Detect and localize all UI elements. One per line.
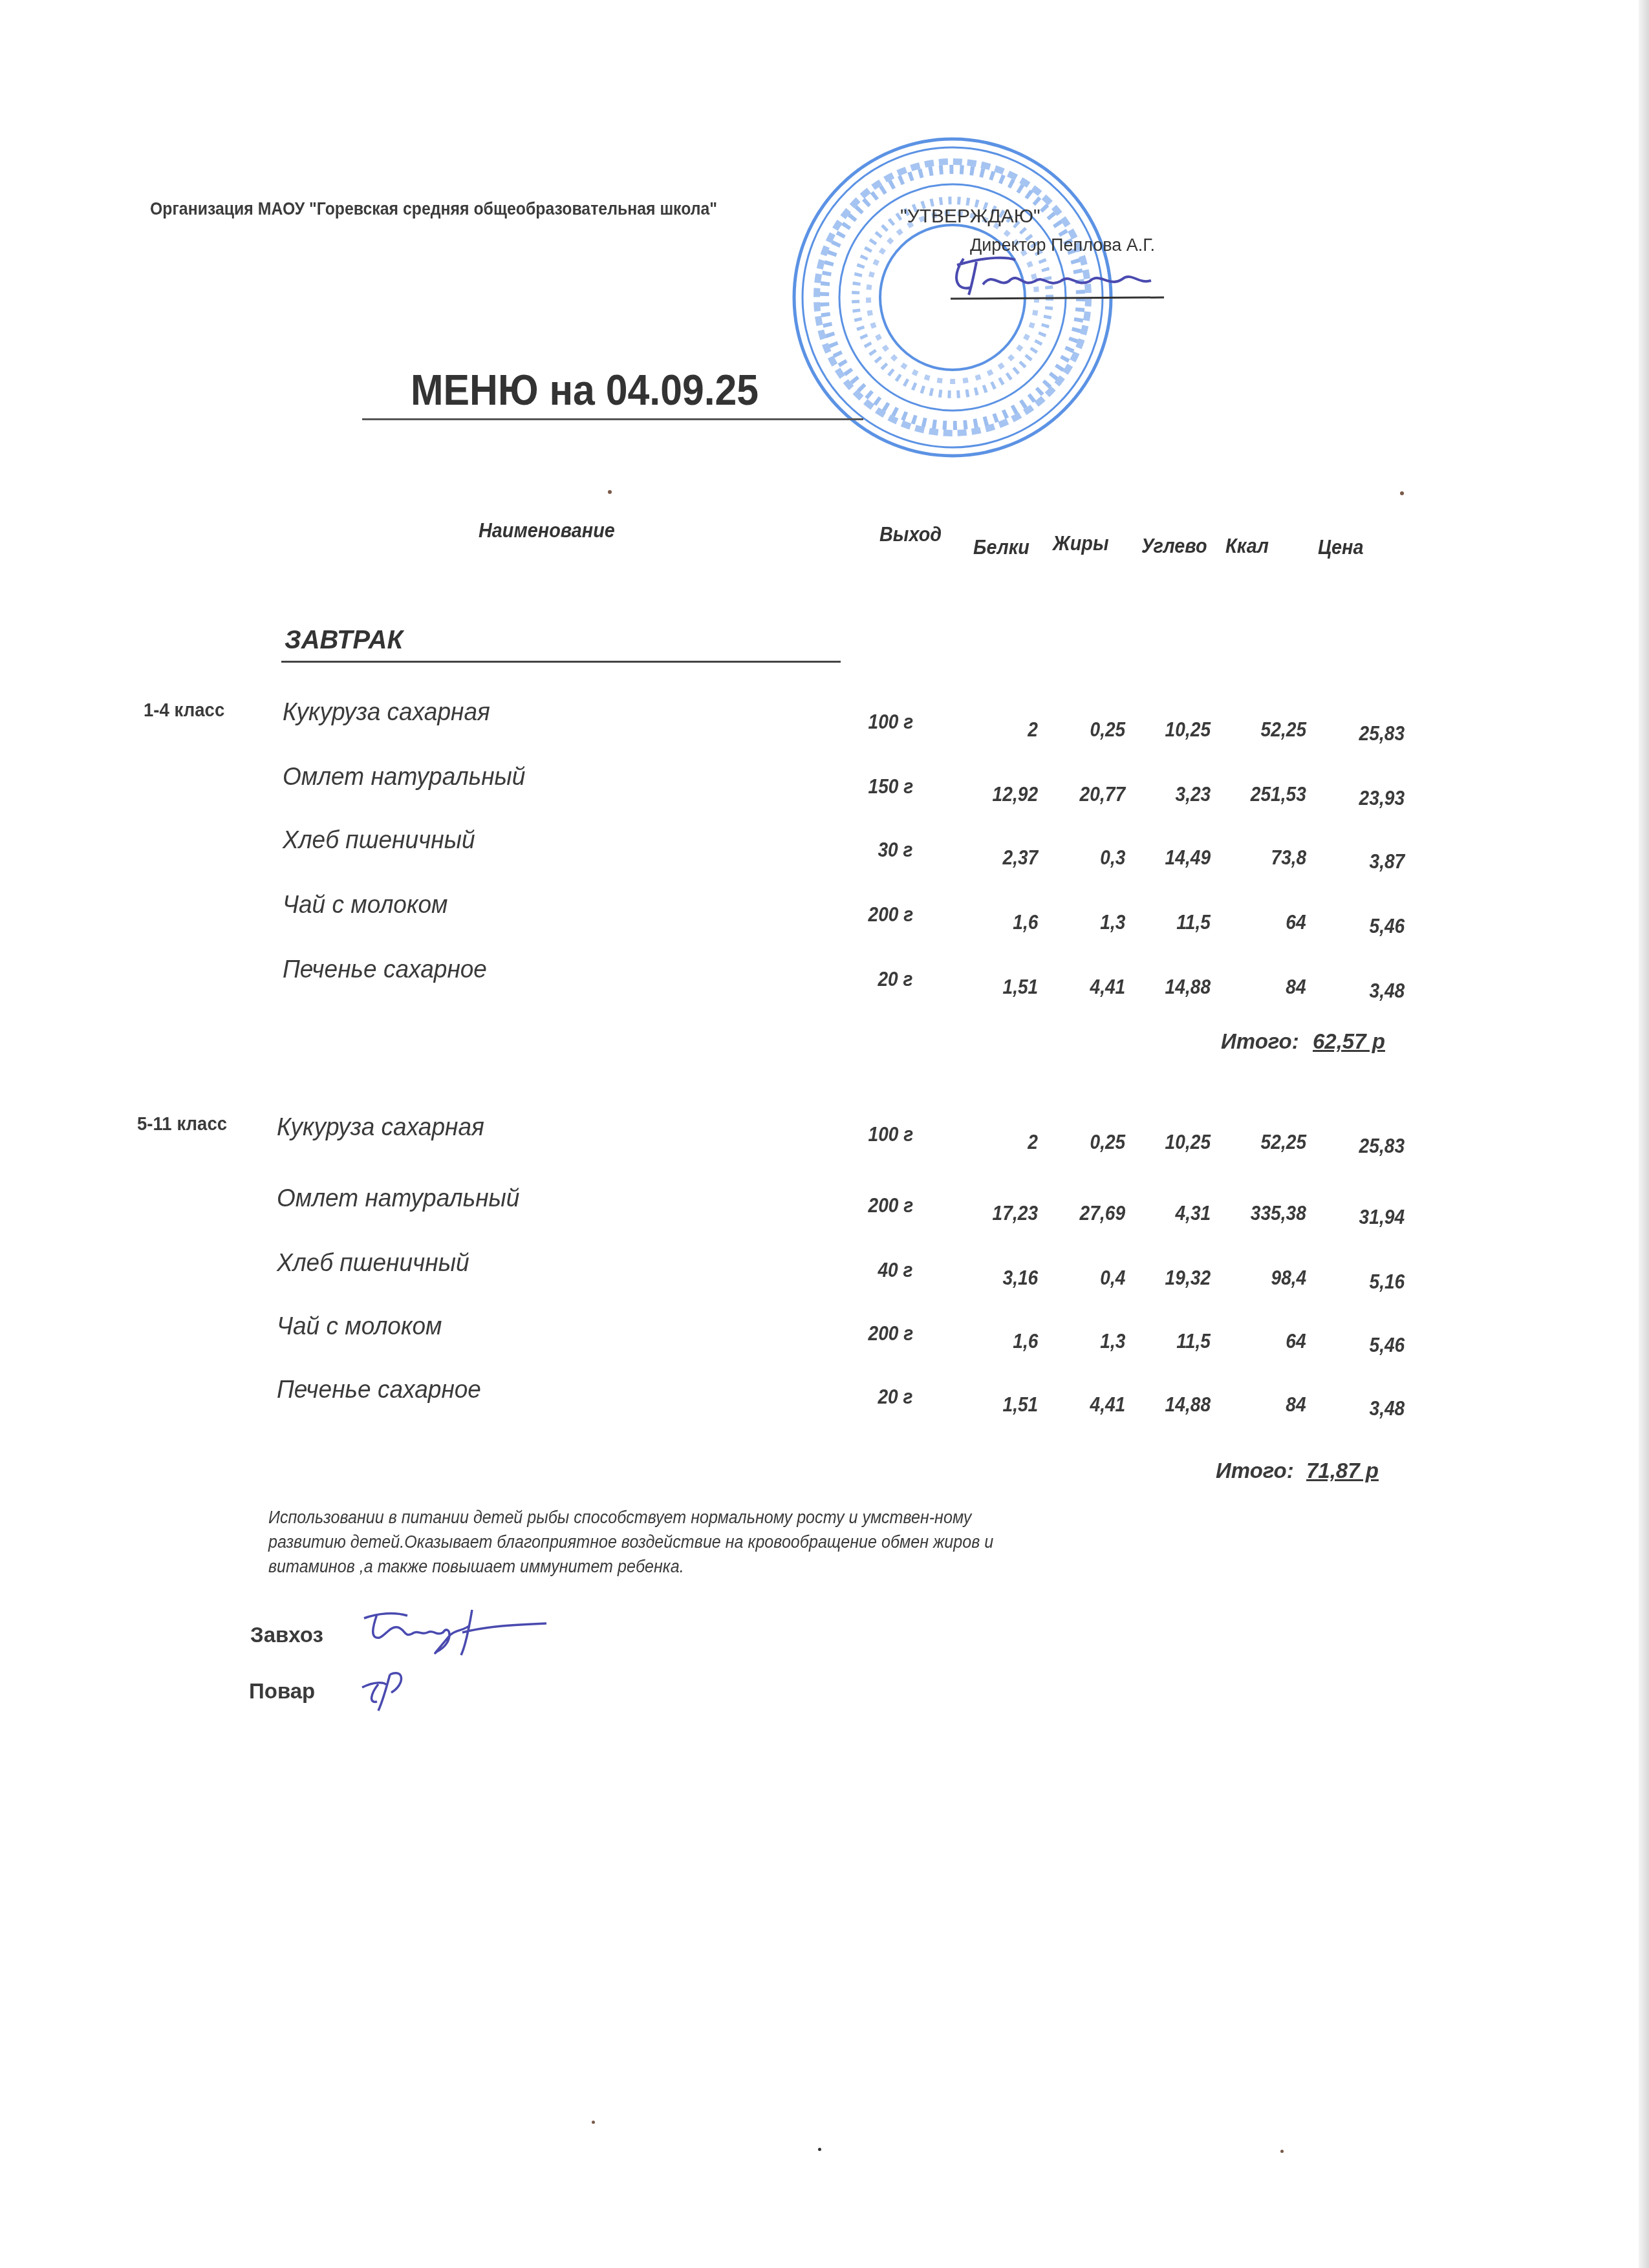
page-title: МЕНЮ на 04.09.25 xyxy=(411,365,759,414)
total-value: 71,87 р xyxy=(1306,1459,1379,1483)
cell-fats: 0,25 xyxy=(1090,718,1125,742)
cell-carbs: 19,32 xyxy=(1165,1266,1211,1290)
scan-speck xyxy=(1400,491,1404,495)
dish-name: Кукуруза сахарная xyxy=(277,1113,484,1142)
cell-fats: 0,25 xyxy=(1090,1130,1125,1154)
cell-fats: 4,41 xyxy=(1090,975,1125,999)
cell-output: 200 г xyxy=(868,903,913,926)
cell-proteins: 1,6 xyxy=(1013,910,1038,934)
cell-output: 150 г xyxy=(868,775,913,798)
cell-price: 23,93 xyxy=(1359,786,1405,810)
column-header-name: Наименование xyxy=(479,519,615,542)
dish-name: Печенье сахарное xyxy=(277,1376,481,1404)
cell-fats: 1,3 xyxy=(1100,910,1125,934)
cell-output: 20 г xyxy=(878,967,913,991)
cell-kcal: 98,4 xyxy=(1271,1266,1306,1290)
column-header-proteins: Белки xyxy=(973,535,1029,559)
cell-carbs: 14,88 xyxy=(1165,1393,1211,1417)
grade-label: 5-11 класс xyxy=(137,1113,227,1135)
cell-output: 200 г xyxy=(868,1321,913,1345)
column-header-fats: Жиры xyxy=(1053,531,1108,555)
cell-carbs: 10,25 xyxy=(1165,1130,1211,1154)
cell-output: 200 г xyxy=(868,1193,913,1217)
dish-name: Печенье сахарное xyxy=(283,956,487,984)
cell-kcal: 335,38 xyxy=(1251,1201,1306,1225)
cell-price: 5,16 xyxy=(1369,1270,1405,1294)
dish-name: Чай с молоком xyxy=(283,891,447,919)
dish-name: Омлет натуральный xyxy=(283,763,525,791)
approval-label: "УТВЕРЖДАЮ" xyxy=(900,206,1040,228)
column-header-price: Цена xyxy=(1318,535,1363,559)
cell-proteins: 3,16 xyxy=(1002,1266,1038,1290)
cell-fats: 0,4 xyxy=(1100,1266,1125,1290)
dish-name: Хлеб пшеничный xyxy=(277,1249,469,1278)
dish-name: Омлет натуральный xyxy=(277,1184,519,1213)
organization-name: Организация МАОУ "Горевская средняя обще… xyxy=(150,199,717,219)
cell-price: 25,83 xyxy=(1359,1134,1405,1158)
cell-price: 25,83 xyxy=(1359,722,1405,745)
total-label: Итого: xyxy=(1221,1029,1299,1054)
total-value: 62,57 р xyxy=(1313,1029,1385,1054)
cell-output: 40 г xyxy=(878,1258,913,1282)
cell-price: 5,46 xyxy=(1369,914,1405,938)
cell-output: 30 г xyxy=(878,838,913,862)
cell-kcal: 251,53 xyxy=(1251,782,1306,806)
cell-price: 3,48 xyxy=(1369,1396,1405,1420)
cell-proteins: 1,51 xyxy=(1002,1393,1038,1417)
cell-price: 5,46 xyxy=(1369,1333,1405,1357)
cell-proteins: 2 xyxy=(1028,1130,1038,1154)
cell-fats: 0,3 xyxy=(1100,846,1125,870)
cell-proteins: 2 xyxy=(1028,718,1038,742)
cook-label: Повар xyxy=(249,1679,315,1704)
cell-price: 3,48 xyxy=(1369,979,1405,1003)
cell-carbs: 11,5 xyxy=(1176,910,1211,934)
cell-kcal: 73,8 xyxy=(1271,846,1306,870)
cell-proteins: 2,37 xyxy=(1002,846,1038,870)
dish-name: Хлеб пшеничный xyxy=(283,826,475,855)
scan-speck xyxy=(818,2148,821,2151)
cell-output: 100 г xyxy=(868,1122,913,1146)
cell-price: 31,94 xyxy=(1359,1205,1405,1229)
dish-name: Кукуруза сахарная xyxy=(283,698,490,727)
section-underline xyxy=(281,661,841,663)
cell-carbs: 3,23 xyxy=(1175,782,1211,806)
scan-speck xyxy=(592,2121,595,2124)
cook-signature-icon xyxy=(359,1668,417,1713)
cell-fats: 20,77 xyxy=(1080,782,1125,806)
scan-edge xyxy=(1639,0,1649,2268)
column-header-output: Выход xyxy=(879,522,942,546)
cell-kcal: 52,25 xyxy=(1261,1130,1306,1154)
column-header-carbs: Углево xyxy=(1141,534,1207,558)
cell-proteins: 17,23 xyxy=(993,1201,1038,1225)
cell-proteins: 12,92 xyxy=(993,782,1038,806)
title-underline xyxy=(362,418,863,420)
cell-carbs: 10,25 xyxy=(1165,718,1211,742)
cell-kcal: 52,25 xyxy=(1261,718,1306,742)
cell-carbs: 11,5 xyxy=(1176,1329,1211,1353)
grade-label: 1-4 класс xyxy=(144,700,224,722)
cell-kcal: 84 xyxy=(1286,1393,1306,1417)
cell-fats: 27,69 xyxy=(1080,1201,1125,1225)
cell-carbs: 14,49 xyxy=(1165,846,1211,870)
section-title-breakfast: ЗАВТРАК xyxy=(285,626,403,655)
cell-kcal: 84 xyxy=(1286,975,1306,999)
cell-proteins: 1,6 xyxy=(1013,1329,1038,1353)
total-label: Итого: xyxy=(1216,1459,1294,1483)
storekeeper-signature-icon xyxy=(359,1607,553,1665)
cell-carbs: 14,88 xyxy=(1165,975,1211,999)
cell-fats: 4,41 xyxy=(1090,1393,1125,1417)
scan-speck xyxy=(608,490,612,494)
director-signature-icon xyxy=(938,252,1170,304)
scan-speck xyxy=(1280,2150,1284,2153)
cell-kcal: 64 xyxy=(1286,910,1306,934)
cell-output: 100 г xyxy=(868,710,913,734)
cell-output: 20 г xyxy=(878,1385,913,1409)
nutrition-note: Использовании в питании детей рыбы спосо… xyxy=(268,1505,1050,1579)
cell-price: 3,87 xyxy=(1369,850,1405,873)
storekeeper-label: Завхоз xyxy=(250,1623,323,1647)
dish-name: Чай с молоком xyxy=(277,1312,442,1341)
cell-carbs: 4,31 xyxy=(1175,1201,1211,1225)
cell-proteins: 1,51 xyxy=(1002,975,1038,999)
cell-kcal: 64 xyxy=(1286,1329,1306,1353)
column-header-kcal: Ккал xyxy=(1225,534,1269,558)
cell-fats: 1,3 xyxy=(1100,1329,1125,1353)
